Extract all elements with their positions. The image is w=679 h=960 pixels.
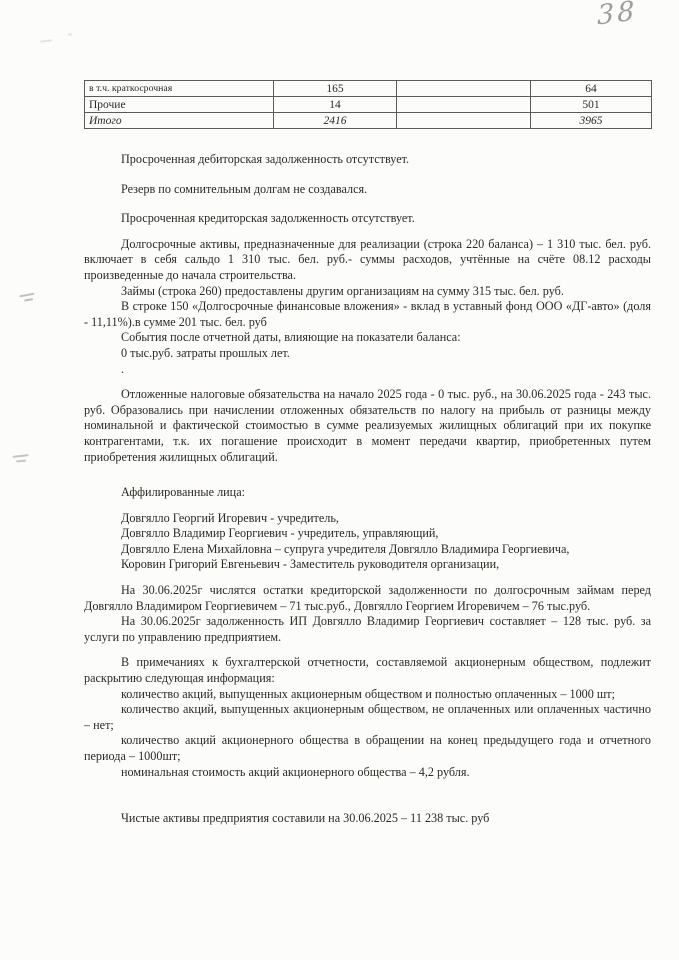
table-row: Прочие 14 501 [85,97,652,113]
cell-value: 165 [274,81,397,97]
paragraph: Долгосрочные активы, предназначенные для… [84,237,651,284]
document-page: 38 в т.ч. краткосрочная 165 64 Прочие 14… [0,0,679,960]
pencil-mark [13,454,30,466]
paragraph: На 30.06.2025г числятся остатки кредитор… [84,583,651,614]
paragraph: номинальная стоимость акций акционерного… [84,765,651,781]
scan-speck [40,39,52,43]
paragraph: 0 тыс.руб. затраты прошлых лет. [84,346,651,362]
financial-table: в т.ч. краткосрочная 165 64 Прочие 14 50… [84,80,652,129]
paragraph: В строке 150 «Долгосрочные финансовые вл… [84,299,651,330]
handwritten-page-number: 38 [597,0,638,32]
cell-value [397,97,531,113]
cell-value: 2416 [274,113,397,129]
cell-value: 501 [531,97,652,113]
table-row: в т.ч. краткосрочная 165 64 [85,81,652,97]
cell-value [397,113,531,129]
affiliated-person: Довгялло Владимир Георгиевич - учредител… [84,526,651,542]
cell-value: 14 [274,97,397,113]
stray-dot: . [84,362,651,378]
paragraph: количество акций, выпущенных акционерным… [84,702,651,733]
scan-speck [68,33,72,36]
paragraph: количество акций акционерного общества в… [84,733,651,764]
paragraph: События после отчетной даты, влияющие на… [84,330,651,346]
section-heading: Аффилированные лица: [84,485,651,501]
affiliated-person: Довгялло Георгий Игоревич - учредитель, [84,511,651,527]
cell-value: 3965 [531,113,652,129]
paragraph: Резерв по сомнительным долгам не создава… [84,182,651,198]
paragraph: количество акций, выпущенных акционерным… [84,687,651,703]
cell-value: 64 [531,81,652,97]
paragraph: На 30.06.2025г задолженность ИП Довгялло… [84,614,651,645]
row-label: Итого [85,113,274,129]
paragraph: Просроченная кредиторская задолженность … [84,211,651,227]
table-row-total: Итого 2416 3965 [85,113,652,129]
row-label: Прочие [85,97,274,113]
scanned-document-page: { "page": { "handwritten_page_number": "… [0,0,679,960]
body-text: Просроченная дебиторская задолженность о… [84,146,651,827]
cell-value [397,81,531,97]
paragraph: Просроченная дебиторская задолженность о… [84,152,651,168]
paragraph: Займы (строка 260) предоставлены другим … [84,284,651,300]
paragraph: Отложенные налоговые обязательства на на… [84,387,651,465]
pencil-mark [19,293,36,305]
row-label: в т.ч. краткосрочная [85,81,274,97]
affiliated-person: Довгялло Елена Михайловна – супруга учре… [84,542,651,558]
affiliated-person: Коровин Григорий Евгеньевич - Заместител… [84,557,651,573]
paragraph: Чистые активы предприятия составили на 3… [84,811,651,827]
paragraph: В примечаниях к бухгалтерской отчетности… [84,655,651,686]
